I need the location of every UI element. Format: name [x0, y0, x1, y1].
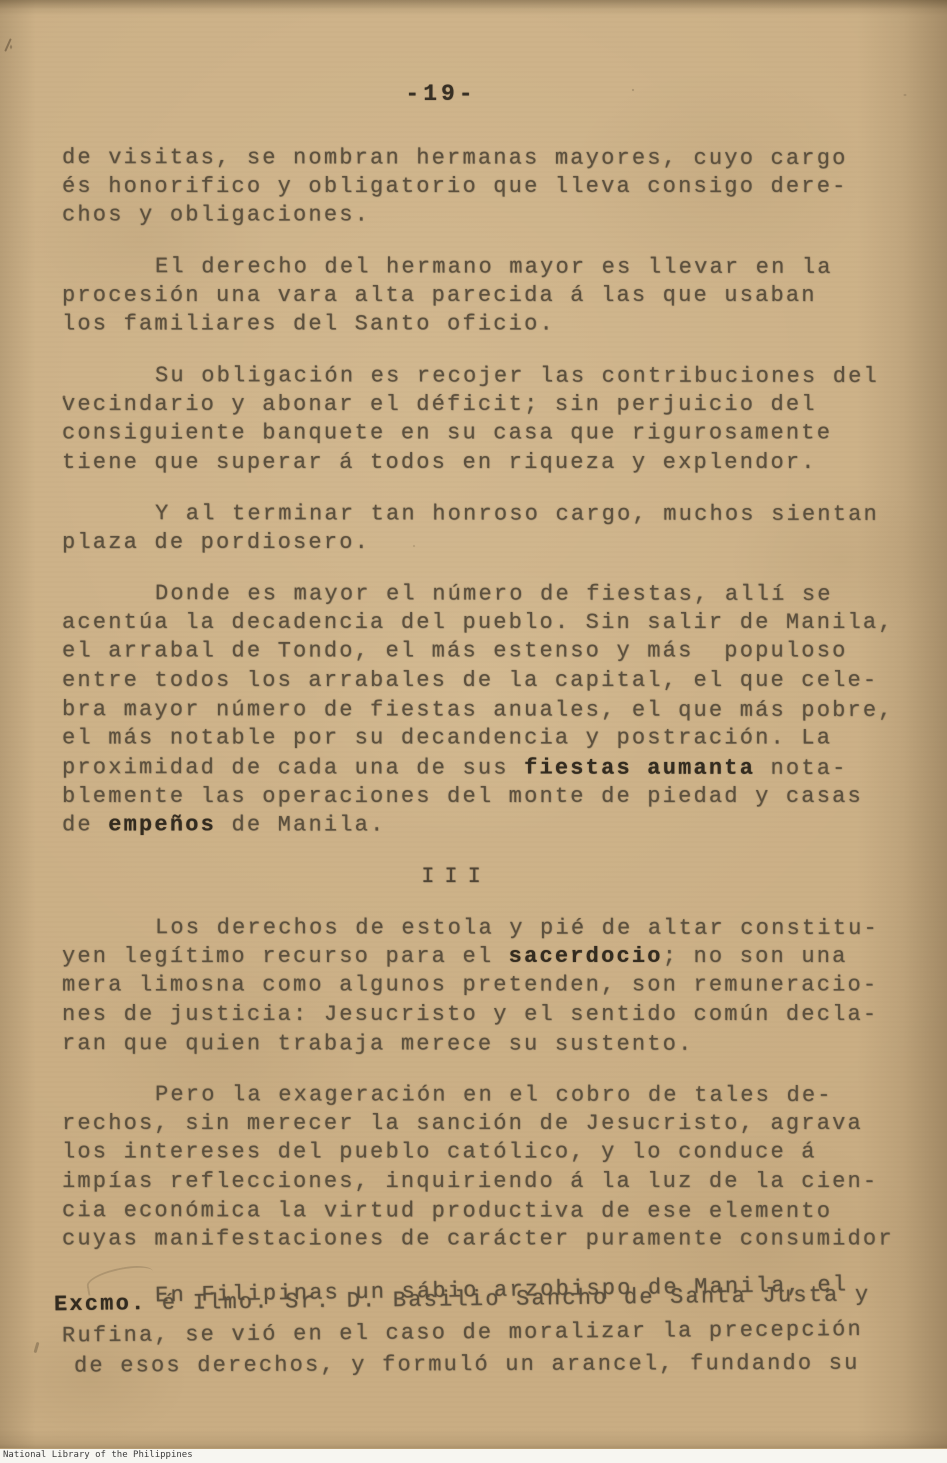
text-line: de esos derechos, y formuló un arancel, … — [62, 1349, 910, 1381]
pencil-tick-mark — [34, 1342, 40, 1353]
text-line: cia económica la virtud productiva de es… — [62, 1196, 910, 1226]
text-line: vecindario y abonar el déficit; sin perj… — [62, 390, 910, 419]
text-line: entre todos los arrabales de la capital,… — [62, 666, 910, 695]
watermark-footer: National Library of the Philippines — [0, 1448, 947, 1463]
text-line: ran que quien trabaja merece su sustento… — [62, 1029, 910, 1059]
paragraph: Pero la exageración en el cobro de tales… — [62, 1080, 910, 1254]
text-line: los familiares del Santo oficio. — [62, 310, 910, 339]
text-line: és honorifico y obligatorio que lleva co… — [62, 172, 910, 201]
paragraph: Donde es mayor el número de fiestas, all… — [62, 579, 910, 840]
text-line: de visitas, se nombran hermanas mayores,… — [62, 143, 910, 173]
text-line: Y al terminar tan honroso cargo, muchos … — [62, 499, 910, 529]
text-line: acentúa la decadencia del pueblo. Sin sa… — [62, 608, 910, 637]
text-line: Los derechos de estola y pié de altar co… — [62, 913, 910, 943]
text-line: Su obligación es recojer las contribucio… — [62, 361, 910, 391]
text-line: Pero la exageración en el cobro de tales… — [62, 1080, 910, 1110]
pencil-slash-mark — [4, 38, 12, 52]
paragraph: En Filipinas un sábio arzobispo de Manil… — [62, 1268, 910, 1379]
scanned-document-page: -19- de visitas, se nombran hermanas may… — [0, 0, 947, 1463]
text-line: tiene que superar á todos en riqueza y e… — [62, 448, 910, 477]
paragraph: Su obligación es recojer las contribucio… — [62, 361, 910, 477]
page-number: -19- — [17, 80, 865, 109]
text-line: El derecho del hermano mayor es llevar e… — [62, 252, 910, 282]
text-line: impías reflecciones, inquiriendo á la lu… — [62, 1167, 910, 1196]
section-heading: III — [32, 862, 880, 891]
text-line: nes de justicia: Jesucristo y el sentido… — [62, 1000, 910, 1029]
paragraph: Los derechos de estola y pié de altar co… — [62, 913, 910, 1058]
document-body: -19- de visitas, se nombran hermanas may… — [62, 80, 910, 1401]
text-line: el arrabal de Tondo, el más estenso y má… — [62, 637, 910, 666]
text-line: el más notable por su decandencia y post… — [62, 724, 910, 753]
text-line: yen legítimo recurso para el sacerdocio;… — [62, 942, 910, 971]
text-line: procesión una vara alta parecida á las q… — [62, 281, 910, 310]
paragraph: El derecho del hermano mayor es llevar e… — [62, 252, 910, 339]
text-line: Donde es mayor el número de fiestas, all… — [62, 579, 910, 609]
text-line: consiguiente banquete en su casa que rig… — [62, 419, 910, 448]
text-line: bra mayor número de fiestas anuales, el … — [62, 695, 910, 725]
paragraph: de visitas, se nombran hermanas mayores,… — [62, 143, 910, 230]
paragraph: Y al terminar tan honroso cargo, muchos … — [62, 499, 910, 557]
text-line: plaza de pordiosero. — [62, 528, 910, 557]
text-line: chos y obligaciones. — [62, 201, 910, 230]
text-line: de empeños de Manila. — [62, 811, 910, 840]
text-line: los intereses del pueblo católico, y lo … — [62, 1138, 910, 1167]
text-line: rechos, sin merecer la sanción de Jesucr… — [62, 1109, 910, 1138]
text-line: cuyas manifestaciones de carácter purame… — [62, 1225, 910, 1254]
text-line: Rufina, se vió en el caso de moralizar l… — [62, 1315, 910, 1351]
text-line: proximidad de cada una de sus fiestas au… — [62, 753, 910, 783]
text-line: blemente las operaciones del monte de pi… — [62, 782, 910, 811]
text-blocks: de visitas, se nombran hermanas mayores,… — [62, 143, 910, 1379]
text-line: mera limosna como algunos pretenden, son… — [62, 971, 910, 1000]
